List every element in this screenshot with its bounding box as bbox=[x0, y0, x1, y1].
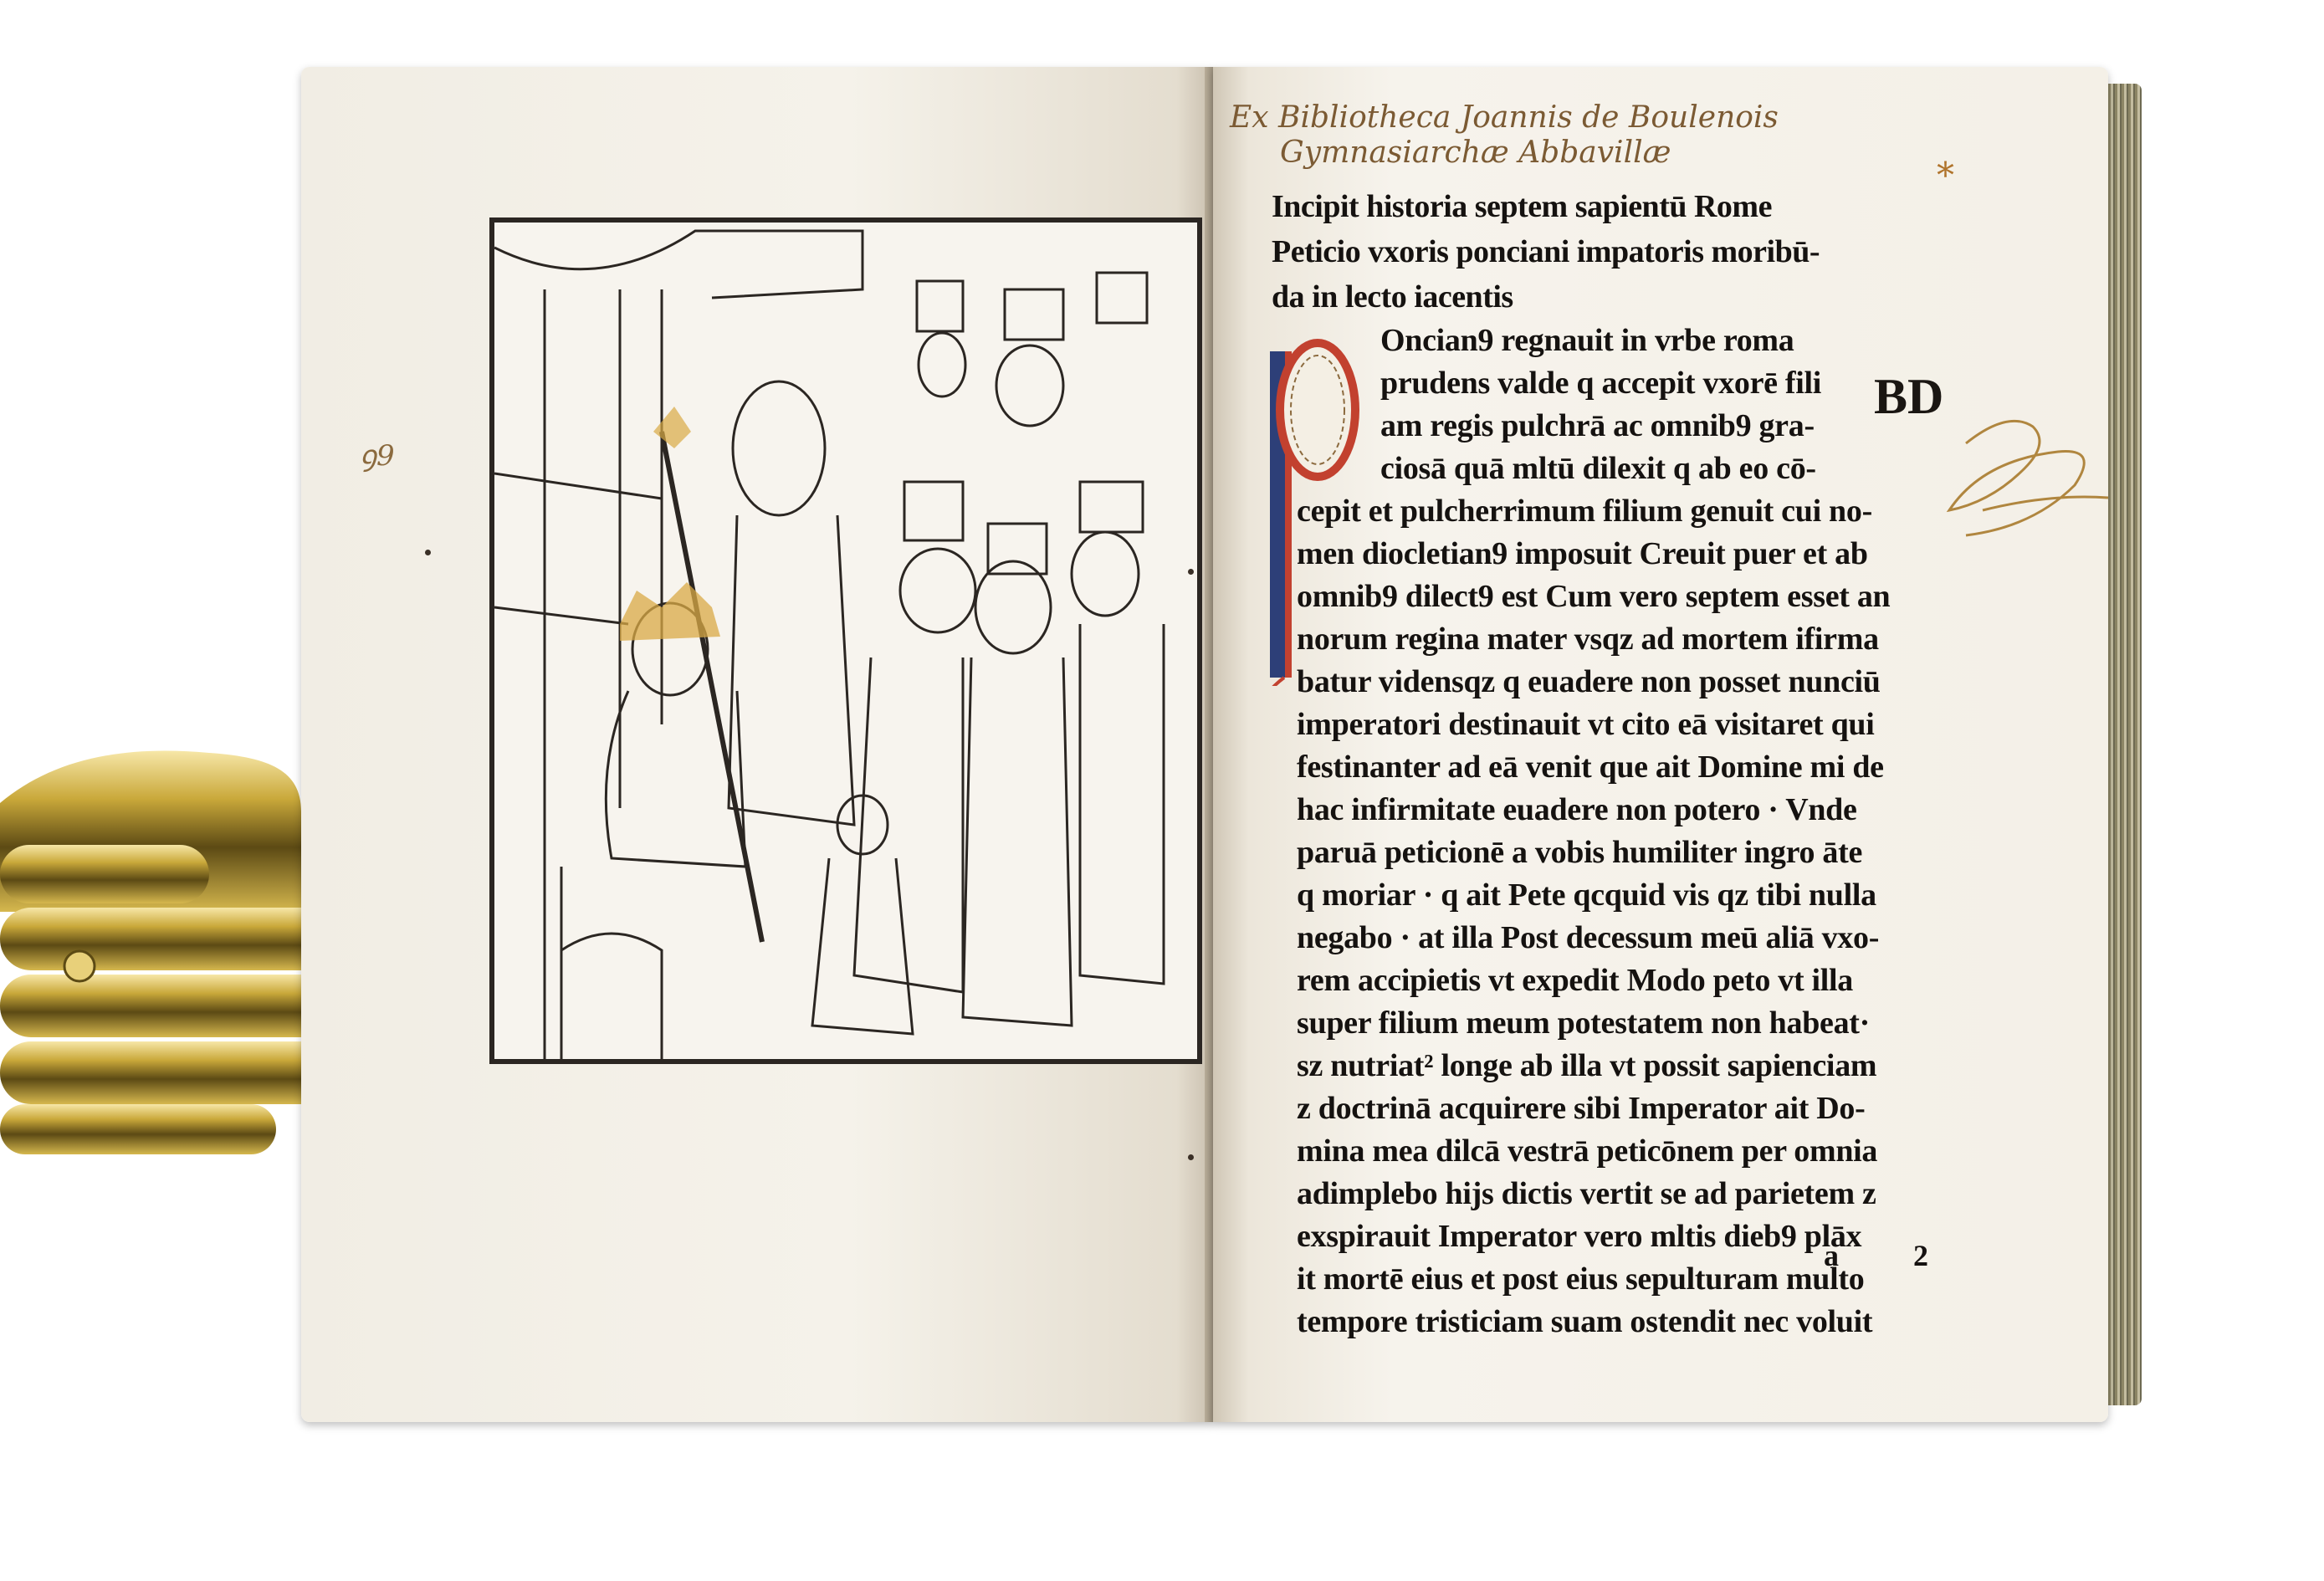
text-line: hac infirmitate euadere non potero · Vnd… bbox=[1297, 789, 2008, 831]
ownership-inscription: Ex Bibliotheca Joannis de Boulenois Gymn… bbox=[1230, 100, 1983, 171]
pinhole bbox=[1188, 1154, 1194, 1160]
text-line: norum regina mater vsqz ad mortem ifirma bbox=[1297, 618, 2008, 661]
margin-note: ꝯ9 bbox=[360, 435, 395, 473]
text-line: mina mea dilcā vestrā peticōnem per omni… bbox=[1297, 1130, 2008, 1173]
manuscript-flourish bbox=[1932, 410, 2117, 544]
pinhole bbox=[1188, 569, 1194, 575]
text-line: Oncian9 regnauit in vrbe roma bbox=[1380, 320, 2008, 362]
open-book: ꝯ9 bbox=[301, 67, 2158, 1422]
text-line: super filium meum potestatem non habeat· bbox=[1297, 1002, 2008, 1045]
signature-mark: a 2 bbox=[1824, 1238, 1962, 1273]
text-line: rem accipietis vt expedit Modo peto vt i… bbox=[1297, 959, 2008, 1002]
text-line: cepit et pulcherrimum filium genuit cui … bbox=[1297, 490, 2008, 533]
printed-text-block: Incipit historia septem sapientū Rome Pe… bbox=[1255, 184, 2008, 1343]
left-page: ꝯ9 bbox=[301, 67, 1213, 1422]
text-line: z doctrinā acquirere sibi Imperator ait … bbox=[1297, 1087, 2008, 1130]
text-line: adimplebo hijs dictis vertit se ad parie… bbox=[1297, 1173, 2008, 1215]
text-line: negabo · at illa Post decessum meū aliā … bbox=[1297, 917, 2008, 959]
text-line: tempore tristiciam suam ostendit nec vol… bbox=[1297, 1301, 2008, 1343]
text-line: sz nutriat² longe ab illa vt possit sapi… bbox=[1297, 1045, 2008, 1087]
text-heading: Incipit historia septem sapientū Rome Pe… bbox=[1272, 184, 2008, 320]
text-line: omnib9 dilect9 est Cum vero septem esset… bbox=[1297, 576, 2008, 618]
text-line: paruā peticionē a vobis humiliter ingro … bbox=[1297, 831, 2008, 874]
text-line: men diocletian9 imposuit Creuit puer et … bbox=[1297, 533, 2008, 576]
woodcut-illustration bbox=[489, 217, 1202, 1064]
text-line: batur vidensqz q euadere non posset nunc… bbox=[1297, 661, 2008, 704]
text-line: q moriar · q ait Pete qcquid vis qz tibi… bbox=[1297, 874, 2008, 917]
text-line: imperatori destinauit vt cito eā visitar… bbox=[1297, 704, 2008, 746]
pinhole bbox=[425, 550, 431, 555]
text-line: festinanter ad eā venit que ait Domine m… bbox=[1297, 746, 2008, 789]
text-line: ciosā quā mltū dilexit q ab eo cō- bbox=[1380, 448, 2008, 490]
page-fore-edge bbox=[2108, 84, 2142, 1405]
